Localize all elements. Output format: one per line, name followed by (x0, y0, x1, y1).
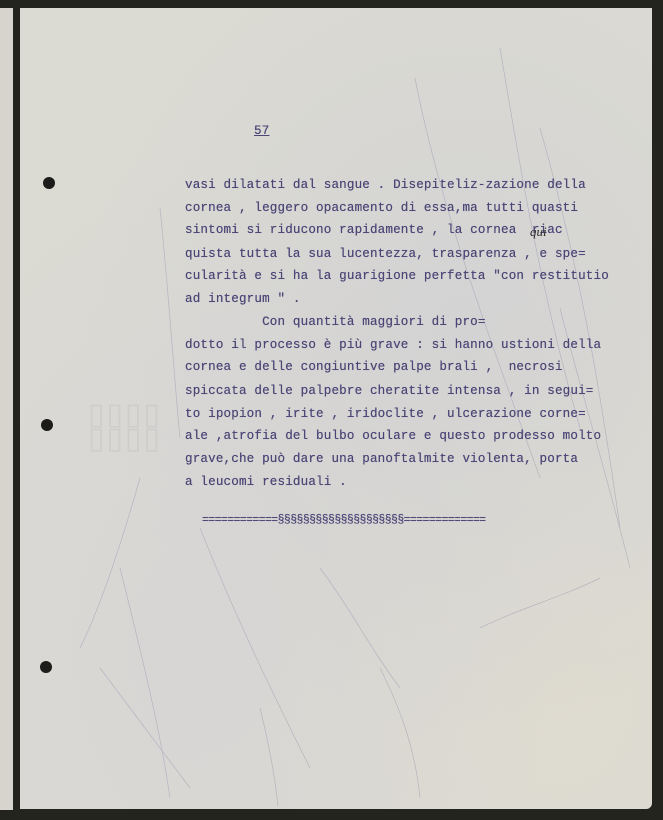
handwritten-annotation: qui (530, 224, 547, 240)
text-line: dotto il processo è più grave : si hanno… (185, 338, 601, 352)
section-separator: ============§§§§§§§§§§§§§§§§§§§§========… (202, 514, 486, 527)
binder-hole (43, 177, 55, 189)
text-line: vasi dilatati dal sangue . Disepiteliz-z… (185, 178, 586, 192)
binder-hole (40, 661, 52, 673)
document-page: ▯▯▯▯▯▯▯▯ 57 vasi dilatati dal sangue . D… (20, 8, 652, 809)
text-line: ale ,atrofia del bulbo oculare e questo … (185, 429, 601, 443)
text-line: Con quantità maggiori di pro= (185, 315, 486, 329)
text-line: to ipopion , irite , iridoclite , ulcera… (185, 407, 586, 421)
text-line: cornea , leggero opacamento di essa,ma t… (185, 201, 578, 215)
text-line: cornea e delle congiuntive palpe brali ,… (185, 360, 563, 374)
page-number: 57 (254, 124, 269, 138)
text-line: ad integrum " . (185, 292, 301, 306)
bleed-through-text: ▯▯▯▯▯▯▯▯ (88, 403, 162, 451)
previous-page-edge (0, 8, 13, 810)
text-line: a leucomi residuali . (185, 475, 347, 489)
text-line: grave,che può dare una panoftalmite viol… (185, 452, 578, 466)
binder-hole (41, 419, 53, 431)
text-line: sintomi si riducono rapidamente , la cor… (185, 223, 563, 237)
text-line: quista tutta la sua lucentezza, traspare… (185, 247, 586, 261)
text-line: spiccata delle palpebre cheratite intens… (185, 384, 594, 398)
text-line: cularità e si ha la guarigione perfetta … (185, 269, 609, 283)
